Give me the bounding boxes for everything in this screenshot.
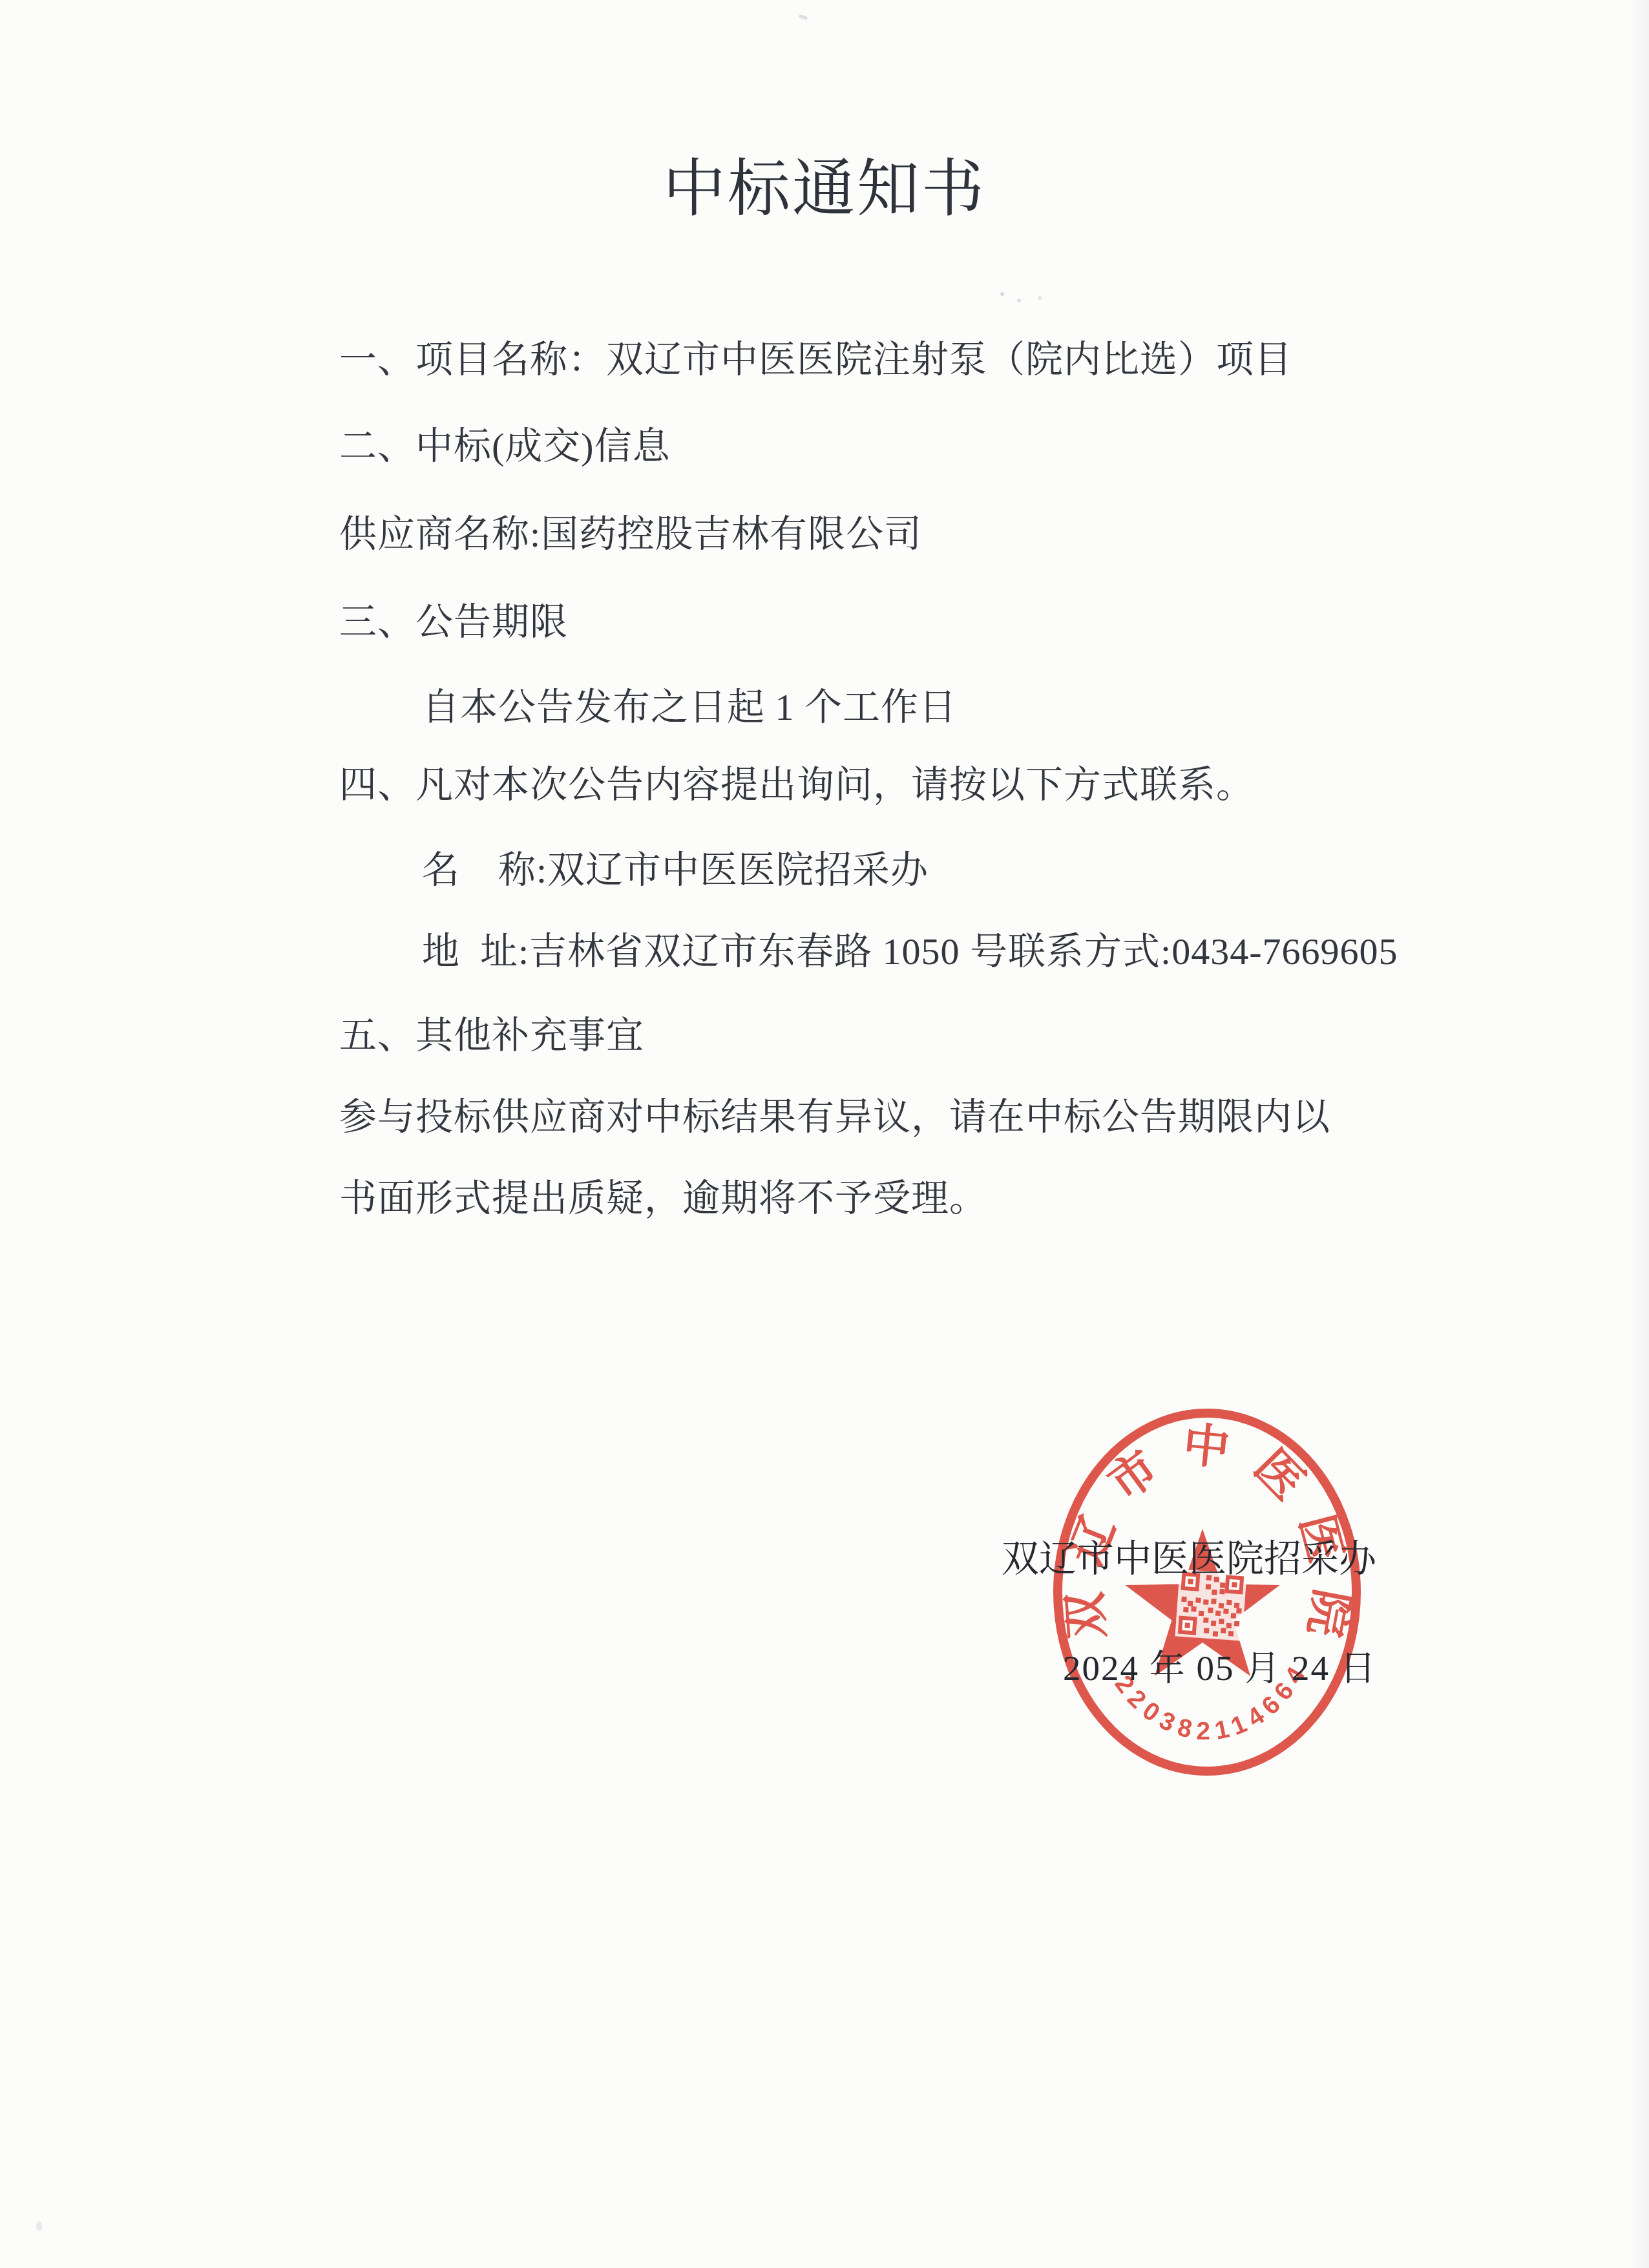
body-line-contact-heading: 四、凡对本次公告内容提出询问，请按以下方式联系。 [339, 762, 1254, 808]
body-line-announcement-period: 自本公告发布之日起 1 个工作日 [422, 685, 957, 730]
body-line-project-name: 一、项目名称：双辽市中医医院注射泵（院内比选）项目 [339, 337, 1292, 383]
signature-org-name: 双辽市中医医院招采办 [1002, 1538, 1376, 1581]
document-page: 中标通知书 一、项目名称：双辽市中医医院注射泵（院内比选）项目 二、中标(成交)… [0, 0, 1649, 2268]
body-line-objection-1: 参与投标供应商对中标结果有异议，请在中标公告期限内以 [339, 1095, 1330, 1140]
body-line-contact-address: 地 址:吉林省双辽市东春路 1050 号联系方式:0434-7669605 [422, 929, 1398, 974]
body-line-objection-2: 书面形式提出质疑，逾期将不予受理。 [339, 1176, 987, 1221]
scan-artifact [1000, 292, 1004, 296]
page-title: 中标通知书 [0, 155, 1649, 224]
body-line-contact-name: 名 称:双辽市中医医院招采办 [422, 848, 929, 893]
signature-date: 2024 年 05 月 24 日 [1063, 1648, 1377, 1688]
body-line-supplier-name: 供应商名称:国药控股吉林有限公司 [339, 512, 922, 557]
official-seal: 双辽市中医医院 2203821146640 [1025, 1384, 1389, 1803]
body-line-supplement-heading: 五、其他补充事宜 [339, 1013, 644, 1058]
body-line-announcement-period-heading: 三、公告期限 [339, 600, 568, 645]
body-line-award-info-heading: 二、中标(成交)信息 [339, 424, 671, 469]
scan-artifact [36, 2221, 42, 2231]
scan-artifact [799, 14, 808, 20]
scan-artifact [1630, 0, 1649, 2268]
